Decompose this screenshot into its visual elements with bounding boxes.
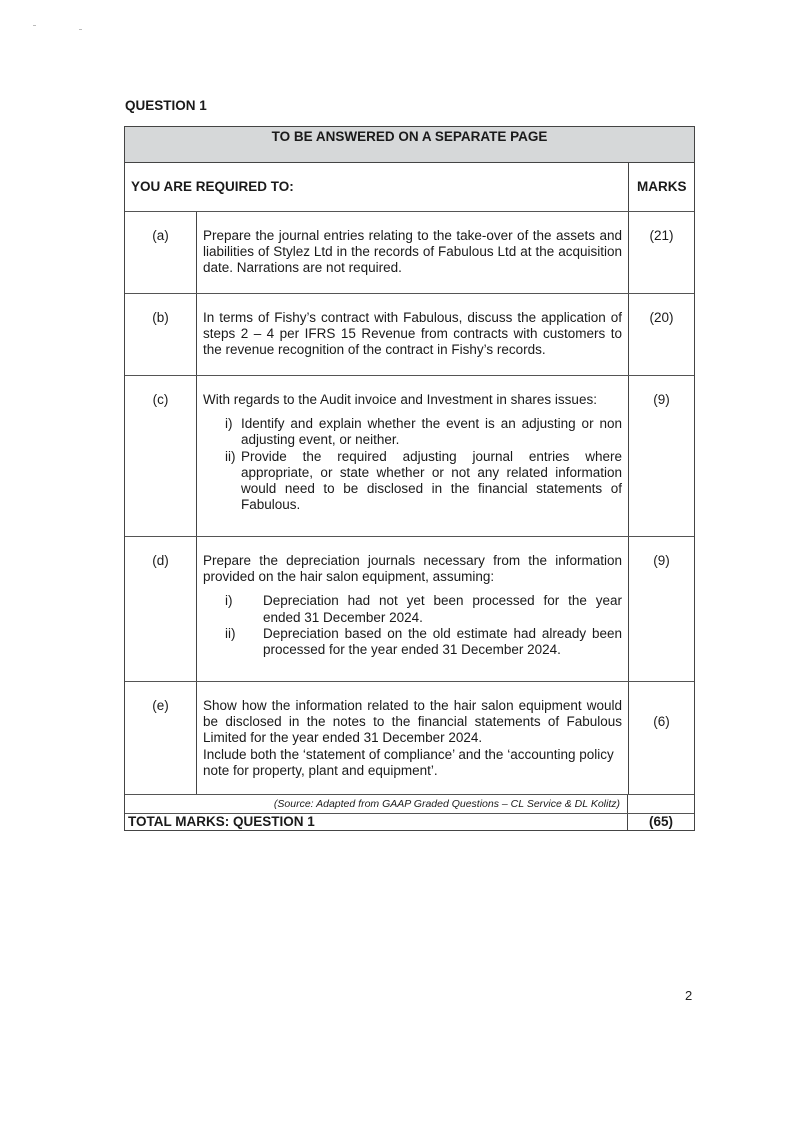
total-row: TOTAL MARKS: QUESTION 1 (65) bbox=[125, 814, 694, 830]
part-marks: (9) bbox=[628, 376, 694, 536]
sub-item-num: ii) bbox=[225, 626, 263, 658]
question-title: QUESTION 1 bbox=[125, 98, 207, 113]
sub-item: i) Identify and explain whether the even… bbox=[225, 416, 622, 448]
part-label: (e) bbox=[125, 682, 197, 794]
sub-item-num: i) bbox=[225, 416, 241, 448]
part-text-block: Show how the information related to the … bbox=[197, 682, 628, 794]
sub-item-text: Depreciation had not yet been processed … bbox=[263, 593, 622, 625]
marks-header: MARKS bbox=[628, 163, 694, 211]
sub-item-text: Provide the required adjusting journal e… bbox=[241, 449, 622, 514]
required-label: YOU ARE REQUIRED TO: bbox=[125, 163, 628, 211]
part-marks: (21) bbox=[628, 212, 694, 293]
total-label: TOTAL MARKS: QUESTION 1 bbox=[125, 814, 627, 830]
part-text-2: Include both the ‘statement of complianc… bbox=[203, 747, 622, 779]
part-text-block: With regards to the Audit invoice and In… bbox=[197, 376, 628, 536]
table-row: (c) With regards to the Audit invoice an… bbox=[125, 376, 694, 537]
sub-item-text: Depreciation based on the old estimate h… bbox=[263, 626, 622, 658]
scan-speck bbox=[79, 29, 82, 30]
part-text: Prepare the journal entries relating to … bbox=[197, 212, 628, 293]
table-row: (b) In terms of Fishy’s contract with Fa… bbox=[125, 294, 694, 376]
scan-speck bbox=[33, 25, 36, 26]
part-text: Prepare the depreciation journals necess… bbox=[203, 553, 622, 585]
part-label: (a) bbox=[125, 212, 197, 293]
required-row: YOU ARE REQUIRED TO: MARKS bbox=[125, 163, 694, 212]
table-header-bar: TO BE ANSWERED ON A SEPARATE PAGE bbox=[125, 127, 694, 163]
source-marks-cell bbox=[627, 795, 694, 813]
part-text: Show how the information related to the … bbox=[203, 698, 622, 747]
part-label: (d) bbox=[125, 537, 197, 681]
sub-item-list: i) Identify and explain whether the even… bbox=[225, 416, 622, 513]
sub-item-text: Identify and explain whether the event i… bbox=[241, 416, 622, 448]
part-label: (b) bbox=[125, 294, 197, 375]
part-marks: (20) bbox=[628, 294, 694, 375]
question-table: TO BE ANSWERED ON A SEPARATE PAGE YOU AR… bbox=[124, 126, 695, 831]
sub-item-list: i) Depreciation had not yet been process… bbox=[225, 593, 622, 658]
table-row: (a) Prepare the journal entries relating… bbox=[125, 212, 694, 294]
source-citation: (Source: Adapted from GAAP Graded Questi… bbox=[125, 795, 627, 813]
table-row: (d) Prepare the depreciation journals ne… bbox=[125, 537, 694, 682]
part-marks: (6) bbox=[628, 682, 694, 794]
part-marks: (9) bbox=[628, 537, 694, 681]
table-row: (e) Show how the information related to … bbox=[125, 682, 694, 795]
sub-item: ii) Provide the required adjusting journ… bbox=[225, 449, 622, 514]
part-text-block: Prepare the depreciation journals necess… bbox=[197, 537, 628, 681]
sub-item: i) Depreciation had not yet been process… bbox=[225, 593, 622, 625]
sub-item: ii) Depreciation based on the old estima… bbox=[225, 626, 622, 658]
sub-item-num: i) bbox=[225, 593, 263, 625]
source-row: (Source: Adapted from GAAP Graded Questi… bbox=[125, 795, 694, 814]
part-label: (c) bbox=[125, 376, 197, 536]
part-text: In terms of Fishy’s contract with Fabulo… bbox=[197, 294, 628, 375]
page-number: 2 bbox=[685, 988, 692, 1003]
part-text: With regards to the Audit invoice and In… bbox=[203, 392, 622, 408]
sub-item-num: ii) bbox=[225, 449, 241, 514]
total-marks: (65) bbox=[627, 814, 694, 830]
